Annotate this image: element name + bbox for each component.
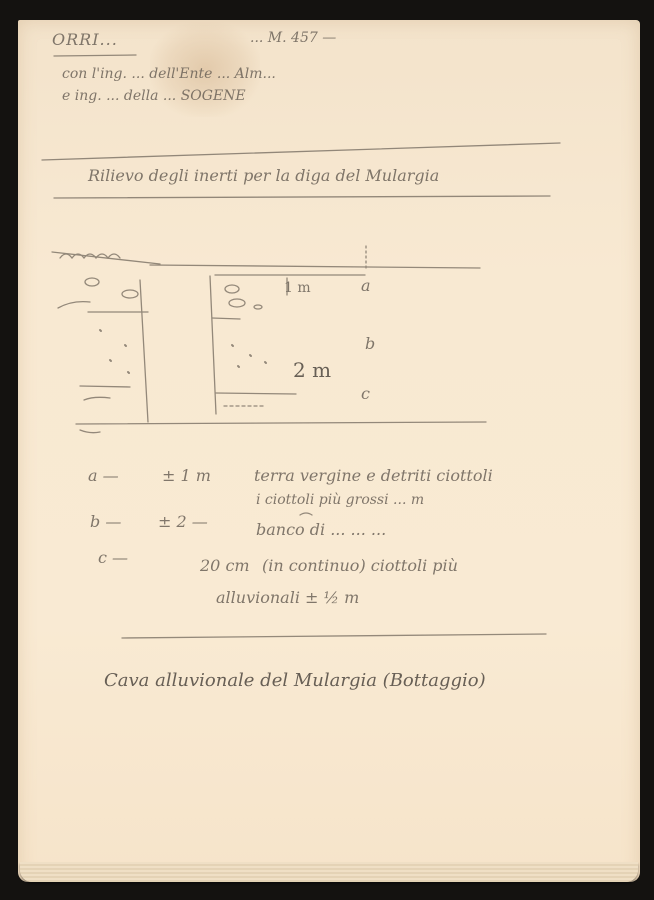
pencil-sketch (0, 0, 654, 900)
base-line (76, 422, 486, 424)
header-underline (54, 55, 136, 56)
rule-line-bottom (54, 196, 550, 198)
ground-line-left (52, 252, 160, 264)
pit-right-wall (210, 276, 216, 414)
pit-left-wall (140, 280, 148, 422)
footer-rule (122, 634, 546, 638)
rule-line-top (42, 143, 560, 160)
ground-line (150, 265, 480, 268)
